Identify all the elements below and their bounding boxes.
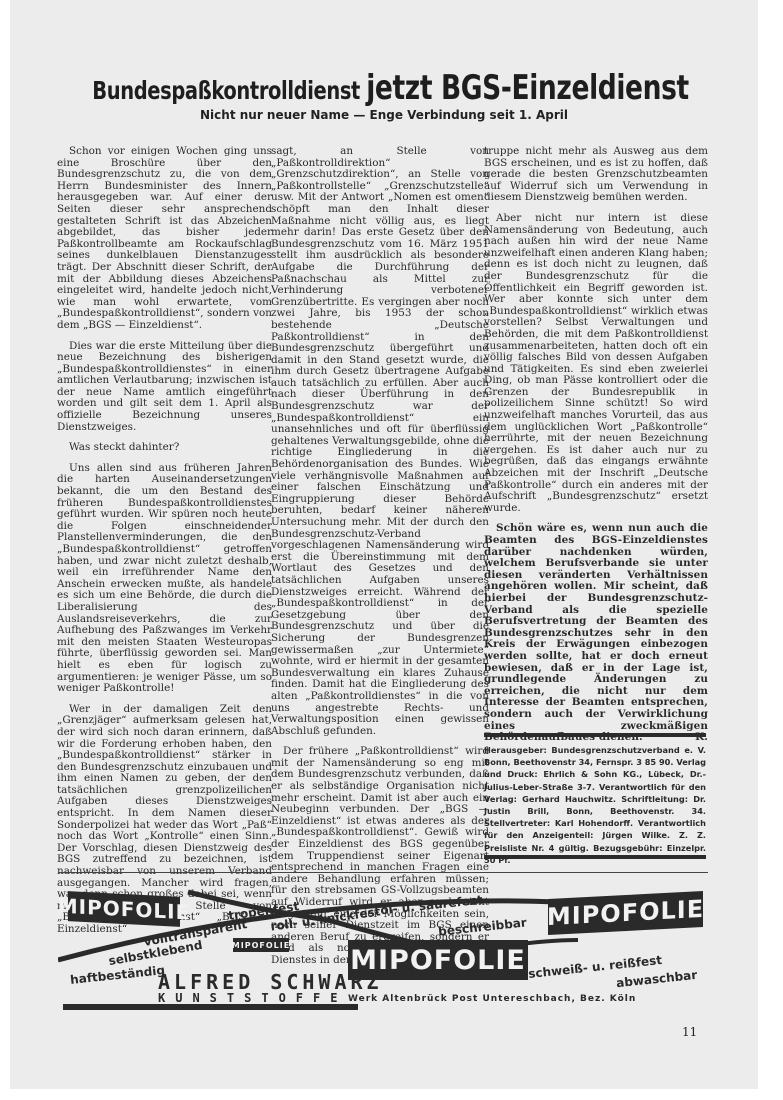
headline-part-1: Bundespaßkontrolldienst [92, 76, 360, 105]
paragraph: Aber nicht nur intern ist diese Namensän… [484, 213, 708, 514]
paragraph: truppe nicht mehr als Ausweg aus dem BGS… [484, 146, 708, 204]
brand-banner-small: MIPOFOLIE [233, 938, 289, 952]
closing-paragraph: Schön wäre es, wenn nun auch die Beamten… [484, 523, 708, 743]
company-address: Werk Altenbrück Post Untereschbach, Bez.… [348, 994, 636, 1004]
newspaper-page: Bundespaßkontrolldienstjetzt BGS-Einzeld… [10, 0, 758, 1089]
imprint-box: Herausgeber: Bundesgrenzschutzverband e.… [484, 744, 706, 866]
paragraph: Uns allen sind aus früheren Jahren die h… [57, 463, 272, 695]
headline-part-2: jetzt BGS-Einzeldienst [366, 68, 689, 108]
article-column-3: truppe nicht mehr als Ausweg aus dem BGS… [484, 146, 708, 753]
brand-banner-left: MIPOFOLIE [68, 891, 180, 927]
advertisement: MIPOFOLIE MIPOFOLIE MIPOFOLIE MIPOFOLIE … [58, 880, 708, 1010]
paragraph: sagt, an Stelle von „Paßkontrolldirektio… [271, 146, 489, 737]
closing-text: Schön wäre es, wenn nun auch die Beamten… [484, 522, 708, 743]
paragraph: Schon vor einigen Wochen ging uns eine B… [57, 146, 272, 332]
page-number: 11 [682, 1025, 697, 1039]
ad-underline-bar [63, 1004, 358, 1010]
section-subheading: Was steckt dahinter? [57, 442, 272, 454]
article-subtitle: Nicht nur neuer Name — Enge Verbindung s… [10, 108, 758, 122]
article-column-1: Schon vor einigen Wochen ging uns eine B… [57, 146, 272, 945]
paragraph: Dies war die erste Mitteilung über die n… [57, 341, 272, 434]
company-subtitle: KUNSTSTOFFE [158, 991, 347, 1005]
divider-line [58, 872, 708, 873]
imprint-top-bar [484, 733, 706, 737]
imprint-bottom-bar [484, 855, 706, 859]
article-headline: Bundespaßkontrolldienstjetzt BGS-Einzeld… [92, 68, 675, 108]
article-column-2: sagt, an Stelle von „Paßkontrolldirektio… [271, 146, 489, 976]
